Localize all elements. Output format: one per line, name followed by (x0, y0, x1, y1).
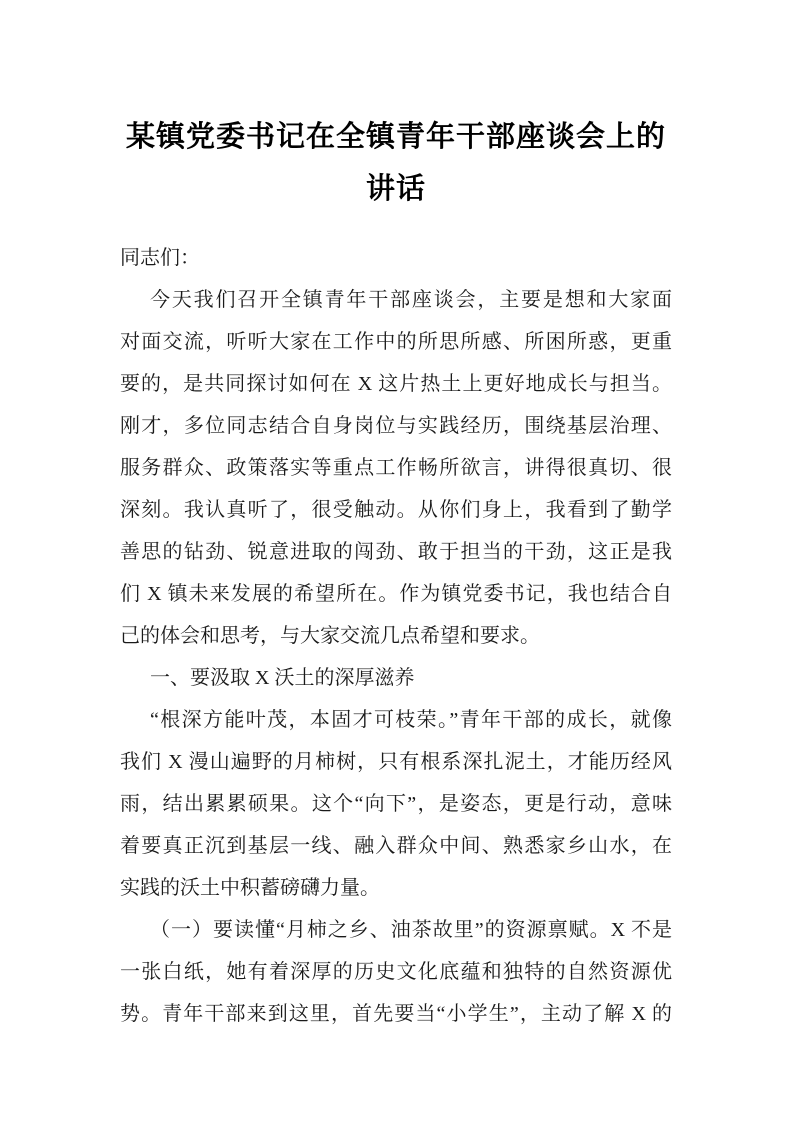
text-line: 善思的钻劲、锐意进取的闯劲、敢于担当的干劲，这正是我 (120, 531, 672, 573)
text-line: 刚才，多位同志结合自身岗位与实践经历，围绕基层治理、 (120, 405, 672, 447)
text-line: 同志们： (120, 237, 672, 279)
text-line: 势。青年干部来到这里，首先要当“小学生”，主动了解 X 的 (120, 993, 672, 1035)
text-line: 要的，是共同探讨如何在 X 这片热土上更好地成长与担当。 (120, 363, 672, 405)
text-line: 服务群众、政策落实等重点工作畅所欲言，讲得很真切、很 (120, 447, 672, 489)
document-title-line: 讲话 (120, 163, 672, 215)
text-line: 着要真正沉到基层一线、融入群众中间、熟悉家乡山水，在 (120, 825, 672, 867)
text-line: 一张白纸，她有着深厚的历史文化底蕴和独特的自然资源优 (120, 951, 672, 993)
document-body: 同志们：今天我们召开全镇青年干部座谈会，主要是想和大家面对面交流，听听大家在工作… (120, 237, 672, 1035)
text-line: 雨，结出累累硕果。这个“向下”，是姿态，更是行动，意味 (120, 783, 672, 825)
document-title: 某镇党委书记在全镇青年干部座谈会上的讲话 (120, 111, 672, 215)
document-page: 某镇党委书记在全镇青年干部座谈会上的讲话 同志们：今天我们召开全镇青年干部座谈会… (0, 0, 793, 1122)
text-line: 实践的沃土中积蓄磅礴力量。 (120, 867, 672, 909)
text-line: 深刻。我认真听了，很受触动。从你们身上，我看到了勤学 (120, 489, 672, 531)
text-line: 我们 X 漫山遍野的月柿树，只有根系深扎泥土，才能历经风 (120, 741, 672, 783)
text-line: “根深方能叶茂，本固才可枝荣。”青年干部的成长，就像 (120, 699, 672, 741)
text-line: 今天我们召开全镇青年干部座谈会，主要是想和大家面 (120, 279, 672, 321)
text-line: 对面交流，听听大家在工作中的所思所感、所困所惑，更重 (120, 321, 672, 363)
text-line: （一）要读懂“月柿之乡、油茶故里”的资源禀赋。X 不是 (120, 909, 672, 951)
document-title-line: 某镇党委书记在全镇青年干部座谈会上的 (120, 111, 672, 163)
text-line: 己的体会和思考，与大家交流几点希望和要求。 (120, 615, 672, 657)
text-line: 一、要汲取 X 沃土的深厚滋养 (120, 657, 672, 699)
text-line: 们 X 镇未来发展的希望所在。作为镇党委书记，我也结合自 (120, 573, 672, 615)
